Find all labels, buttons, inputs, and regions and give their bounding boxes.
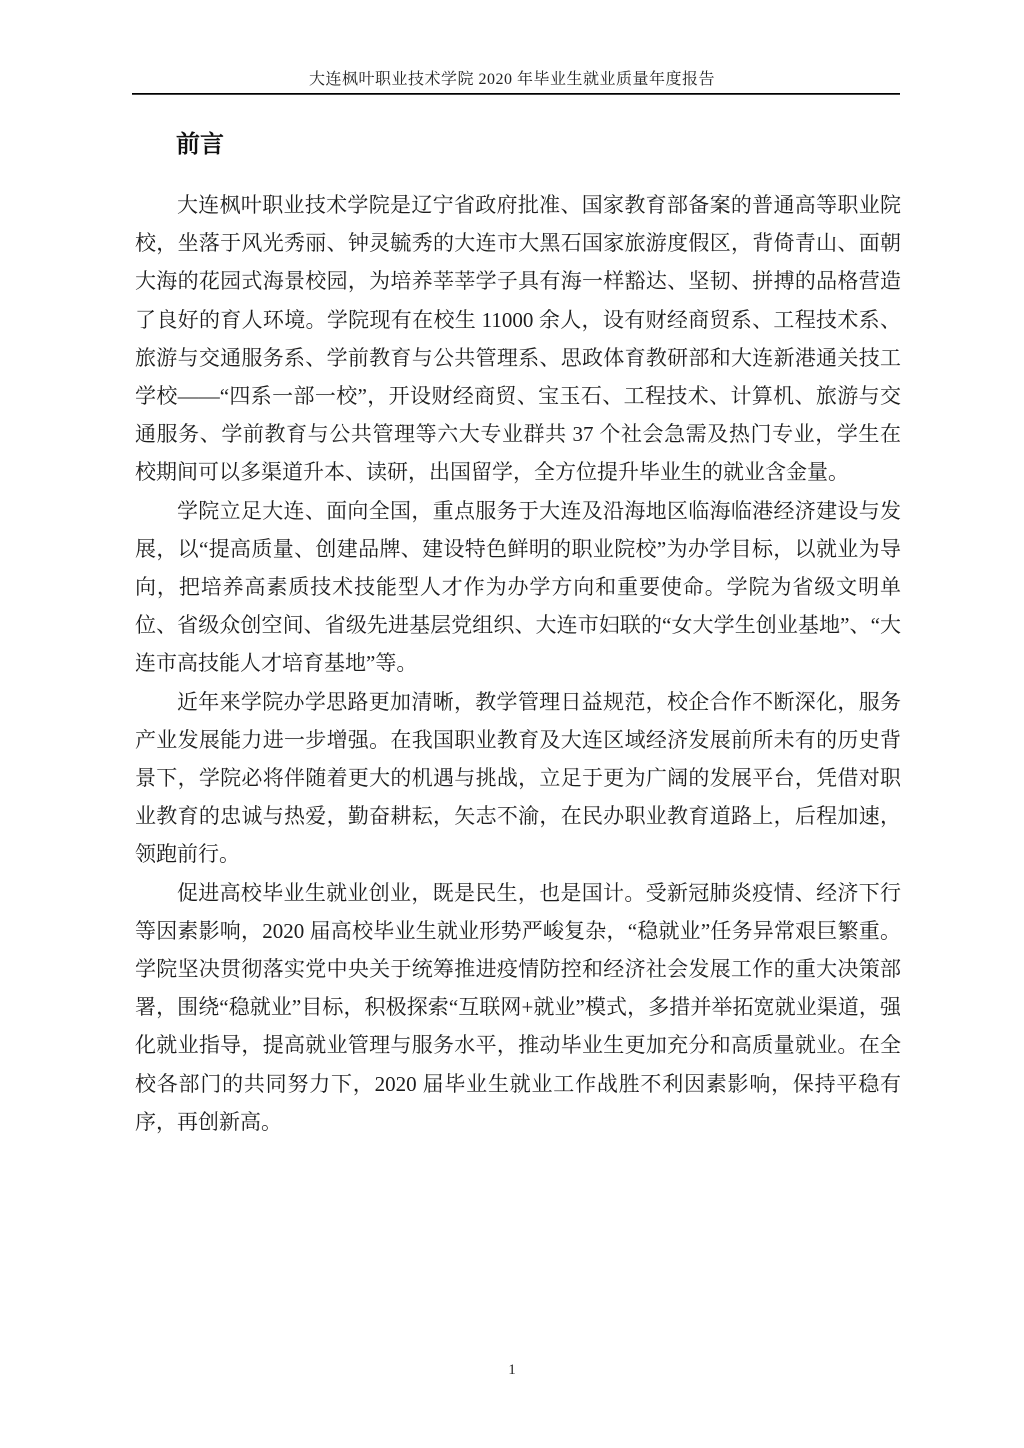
- header-rule: [132, 93, 900, 95]
- page-number: 1: [0, 1362, 1024, 1379]
- document-page: 大连枫叶职业技术学院 2020 年毕业生就业质量年度报告 前言 大连枫叶职业技术…: [0, 0, 1024, 1448]
- page-title: 前言: [176, 124, 224, 159]
- paragraph-employment: 促进高校毕业生就业创业，既是民生，也是国计。受新冠肺炎疫情、经济下行等因素影响，…: [135, 874, 901, 1141]
- document-body: 大连枫叶职业技术学院是辽宁省政府批准、国家教育部备案的普通高等职业院校，坐落于风…: [135, 186, 901, 1141]
- paragraph-development: 近年来学院办学思路更加清晰，教学管理日益规范，校企合作不断深化，服务产业发展能力…: [135, 683, 901, 874]
- paragraph-mission: 学院立足大连、面向全国，重点服务于大连及沿海地区临海临港经济建设与发展，以“提高…: [135, 492, 901, 683]
- paragraph-intro: 大连枫叶职业技术学院是辽宁省政府批准、国家教育部备案的普通高等职业院校，坐落于风…: [135, 186, 901, 492]
- running-header: 大连枫叶职业技术学院 2020 年毕业生就业质量年度报告: [0, 66, 1024, 89]
